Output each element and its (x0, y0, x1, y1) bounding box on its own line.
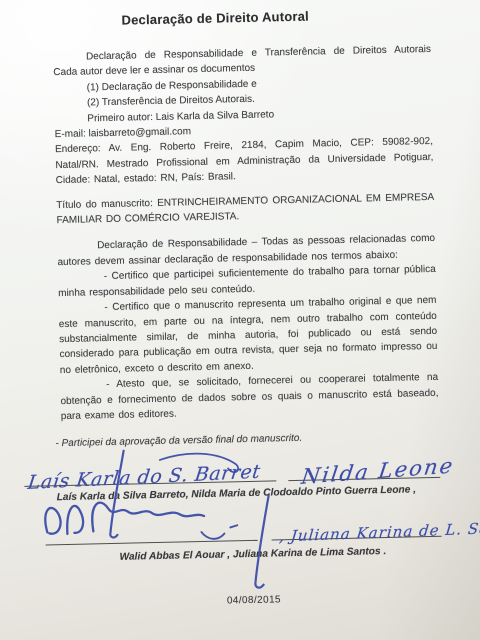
handwritten-signature-juliana: , Juliana Karina de L. Santos (278, 520, 480, 545)
signature-row-1: Laís Karla do S. Barret Nilda Leone (62, 446, 441, 486)
scanned-declaration-page: Declaração de Direito Autoral Declaração… (0, 0, 480, 640)
signature-line-lais: Laís Karla do S. Barret (24, 448, 277, 486)
document-title: Declaração de Direito Autoral (26, 6, 404, 30)
signature-line-walid (45, 506, 258, 546)
responsibility-clause-3: - Atesto que, se solicitado, fornecerei … (60, 370, 439, 424)
printed-names-row-2: Walid Abbas El Aouar , Juliana Karina de… (64, 543, 442, 567)
responsibility-clause-2: - Certifico que o manuscrito representa … (58, 293, 438, 378)
signature-line-nilda: Nilda Leone (288, 445, 441, 481)
signature-line-juliana: , Juliana Karina de L. Santos (271, 502, 442, 541)
signature-row-2: , Juliana Karina de L. Santos (63, 503, 442, 545)
document-date: 04/08/2015 (65, 588, 443, 612)
manuscript-title-line: Título do manuscrito: ENTRINCHEIRAMENTO … (56, 190, 435, 229)
address-line: Endereço: Av. Eng. Roberto Freire, 2184,… (55, 134, 434, 188)
